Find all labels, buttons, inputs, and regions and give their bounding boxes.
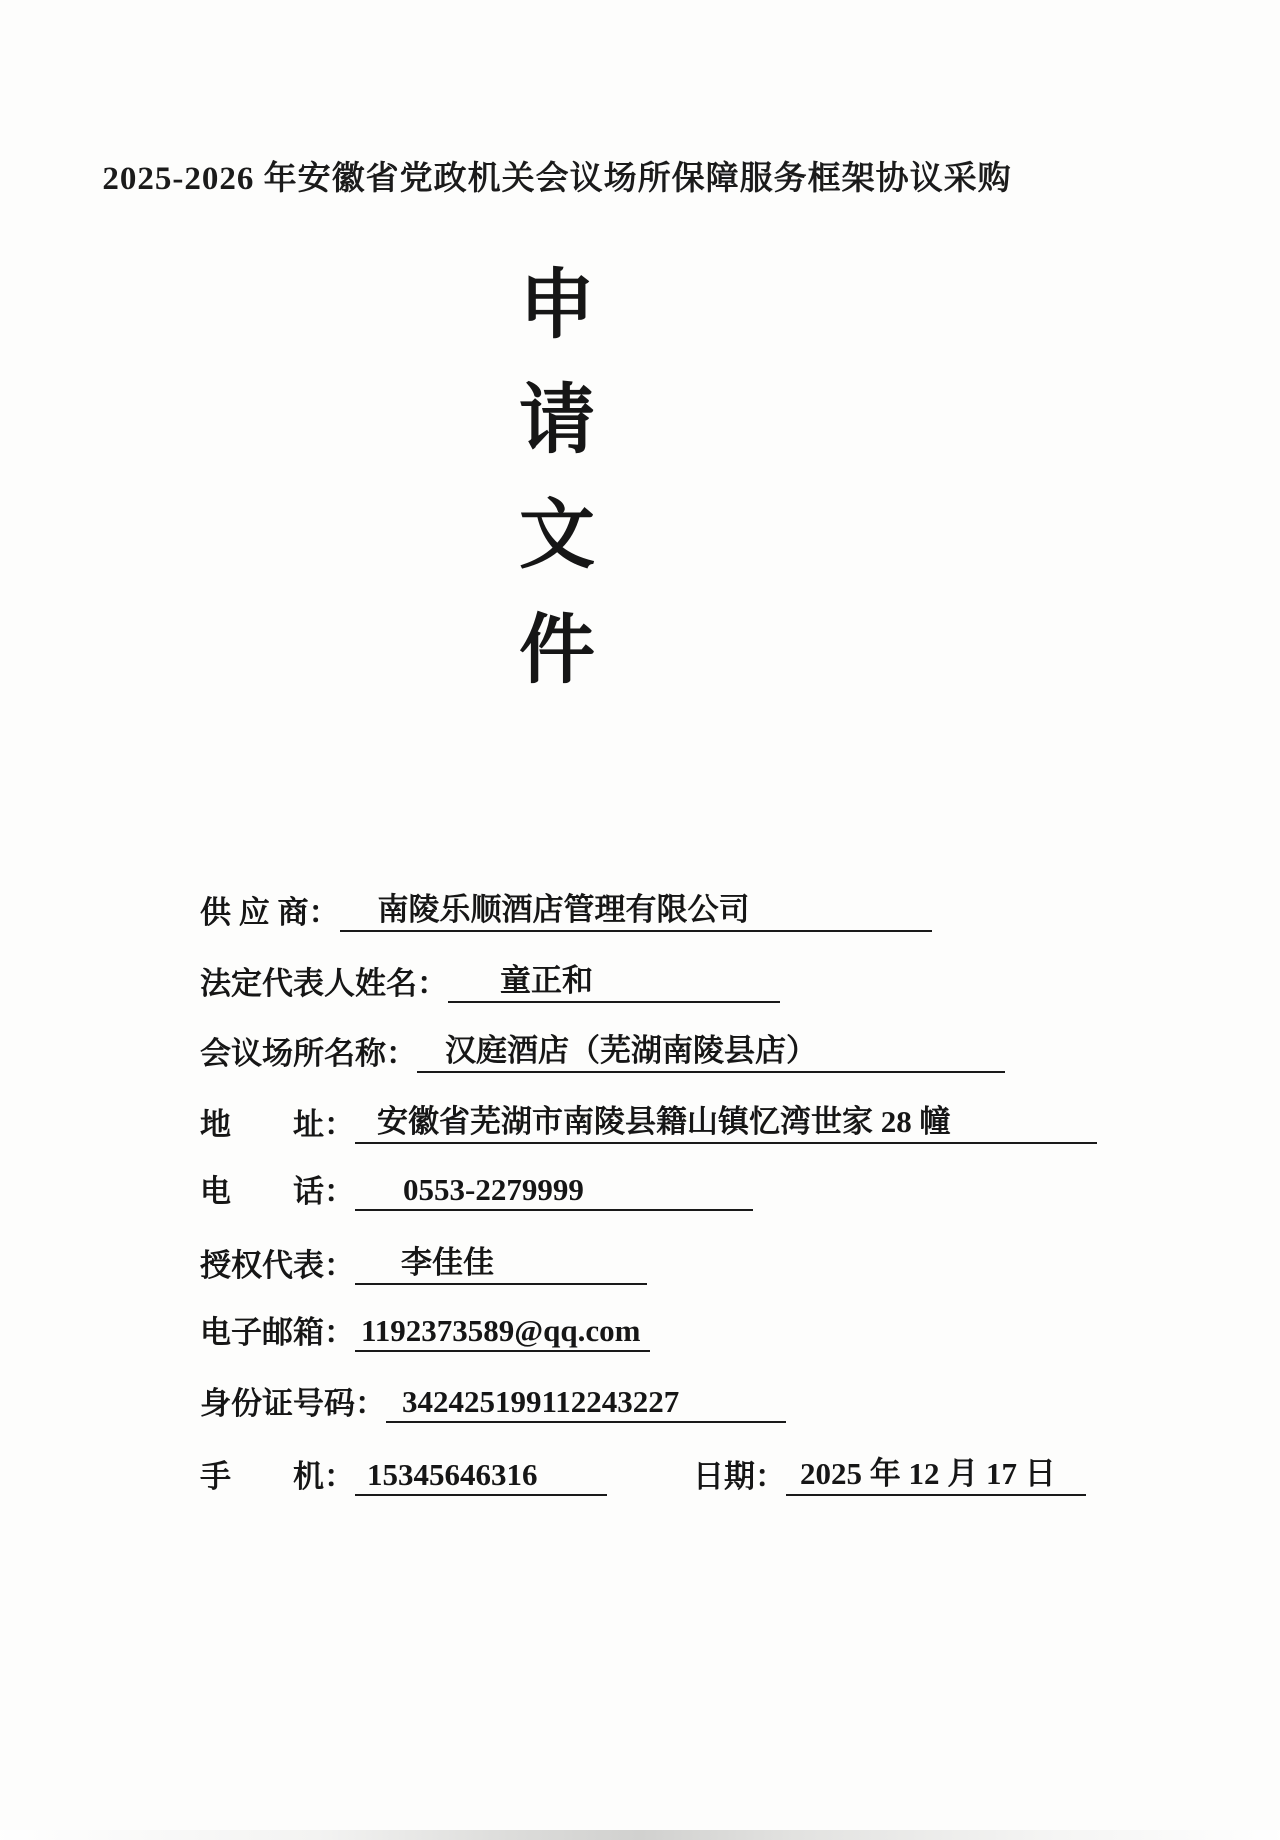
id-number-value: 342425199112243227	[386, 1384, 786, 1423]
supplier-label: 供 应 商：	[200, 887, 340, 932]
telephone-value: 0553-2279999	[355, 1172, 753, 1211]
form-row-address: 地 址：安徽省芜湖市南陵县籍山镇忆湾世家 28 幢	[200, 1096, 1210, 1167]
address-value: 安徽省芜湖市南陵县籍山镇忆湾世家 28 幢	[355, 1096, 1097, 1144]
form-row-id-number: 身份证号码：342425199112243227	[200, 1378, 1210, 1449]
venue-name-value: 汉庭酒店（芜湖南陵县店）	[417, 1025, 1005, 1073]
authorized-representative-label: 授权代表：	[200, 1240, 355, 1285]
mobile-label: 手 机：	[200, 1451, 355, 1496]
form-row-supplier: 供 应 商：南陵乐顺酒店管理有限公司	[200, 884, 1210, 955]
telephone-label: 电 话：	[200, 1166, 355, 1211]
id-number-label: 身份证号码：	[200, 1378, 386, 1423]
procurement-project-title: 2025-2026 年安徽省党政机关会议场所保障服务框架协议采购	[0, 152, 1114, 199]
form-row-email: 电子邮箱：1192373589@qq.com	[200, 1307, 1210, 1378]
address-label: 地 址：	[200, 1099, 355, 1144]
document-page: 2025-2026 年安徽省党政机关会议场所保障服务框架协议采购 申 请 文 件…	[0, 0, 1280, 1840]
form-row-legal-representative: 法定代表人姓名：童正和	[200, 955, 1210, 1026]
document-title-char: 申	[0, 256, 1114, 371]
date-value: 2025 年 12 月 17 日	[786, 1448, 1086, 1496]
document-title-char: 请	[0, 371, 1114, 486]
document-title-char: 文	[0, 486, 1114, 601]
document-title-char: 件	[0, 601, 1114, 716]
venue-name-label: 会议场所名称：	[200, 1028, 417, 1073]
authorized-representative-value: 李佳佳	[355, 1237, 647, 1285]
supplier-value: 南陵乐顺酒店管理有限公司	[340, 884, 932, 932]
form-row-telephone: 电 话：0553-2279999	[200, 1166, 1210, 1237]
legal-representative-value: 童正和	[448, 955, 780, 1003]
legal-representative-label: 法定代表人姓名：	[200, 958, 448, 1003]
email-value: 1192373589@qq.com	[355, 1313, 650, 1352]
mobile-value: 15345646316	[355, 1457, 607, 1496]
email-label: 电子邮箱：	[200, 1307, 355, 1352]
date-label: 日期：	[693, 1451, 786, 1496]
applicant-info-form: 供 应 商：南陵乐顺酒店管理有限公司 法定代表人姓名：童正和 会议场所名称：汉庭…	[200, 884, 1210, 1519]
form-row-venue-name: 会议场所名称：汉庭酒店（芜湖南陵县店）	[200, 1025, 1210, 1096]
form-row-mobile-and-date: 手 机：15345646316日期：2025 年 12 月 17 日	[200, 1448, 1210, 1519]
document-title: 申 请 文 件	[0, 256, 1114, 716]
scan-edge-artifact	[0, 1830, 1280, 1840]
form-row-authorized-representative: 授权代表：李佳佳	[200, 1237, 1210, 1308]
